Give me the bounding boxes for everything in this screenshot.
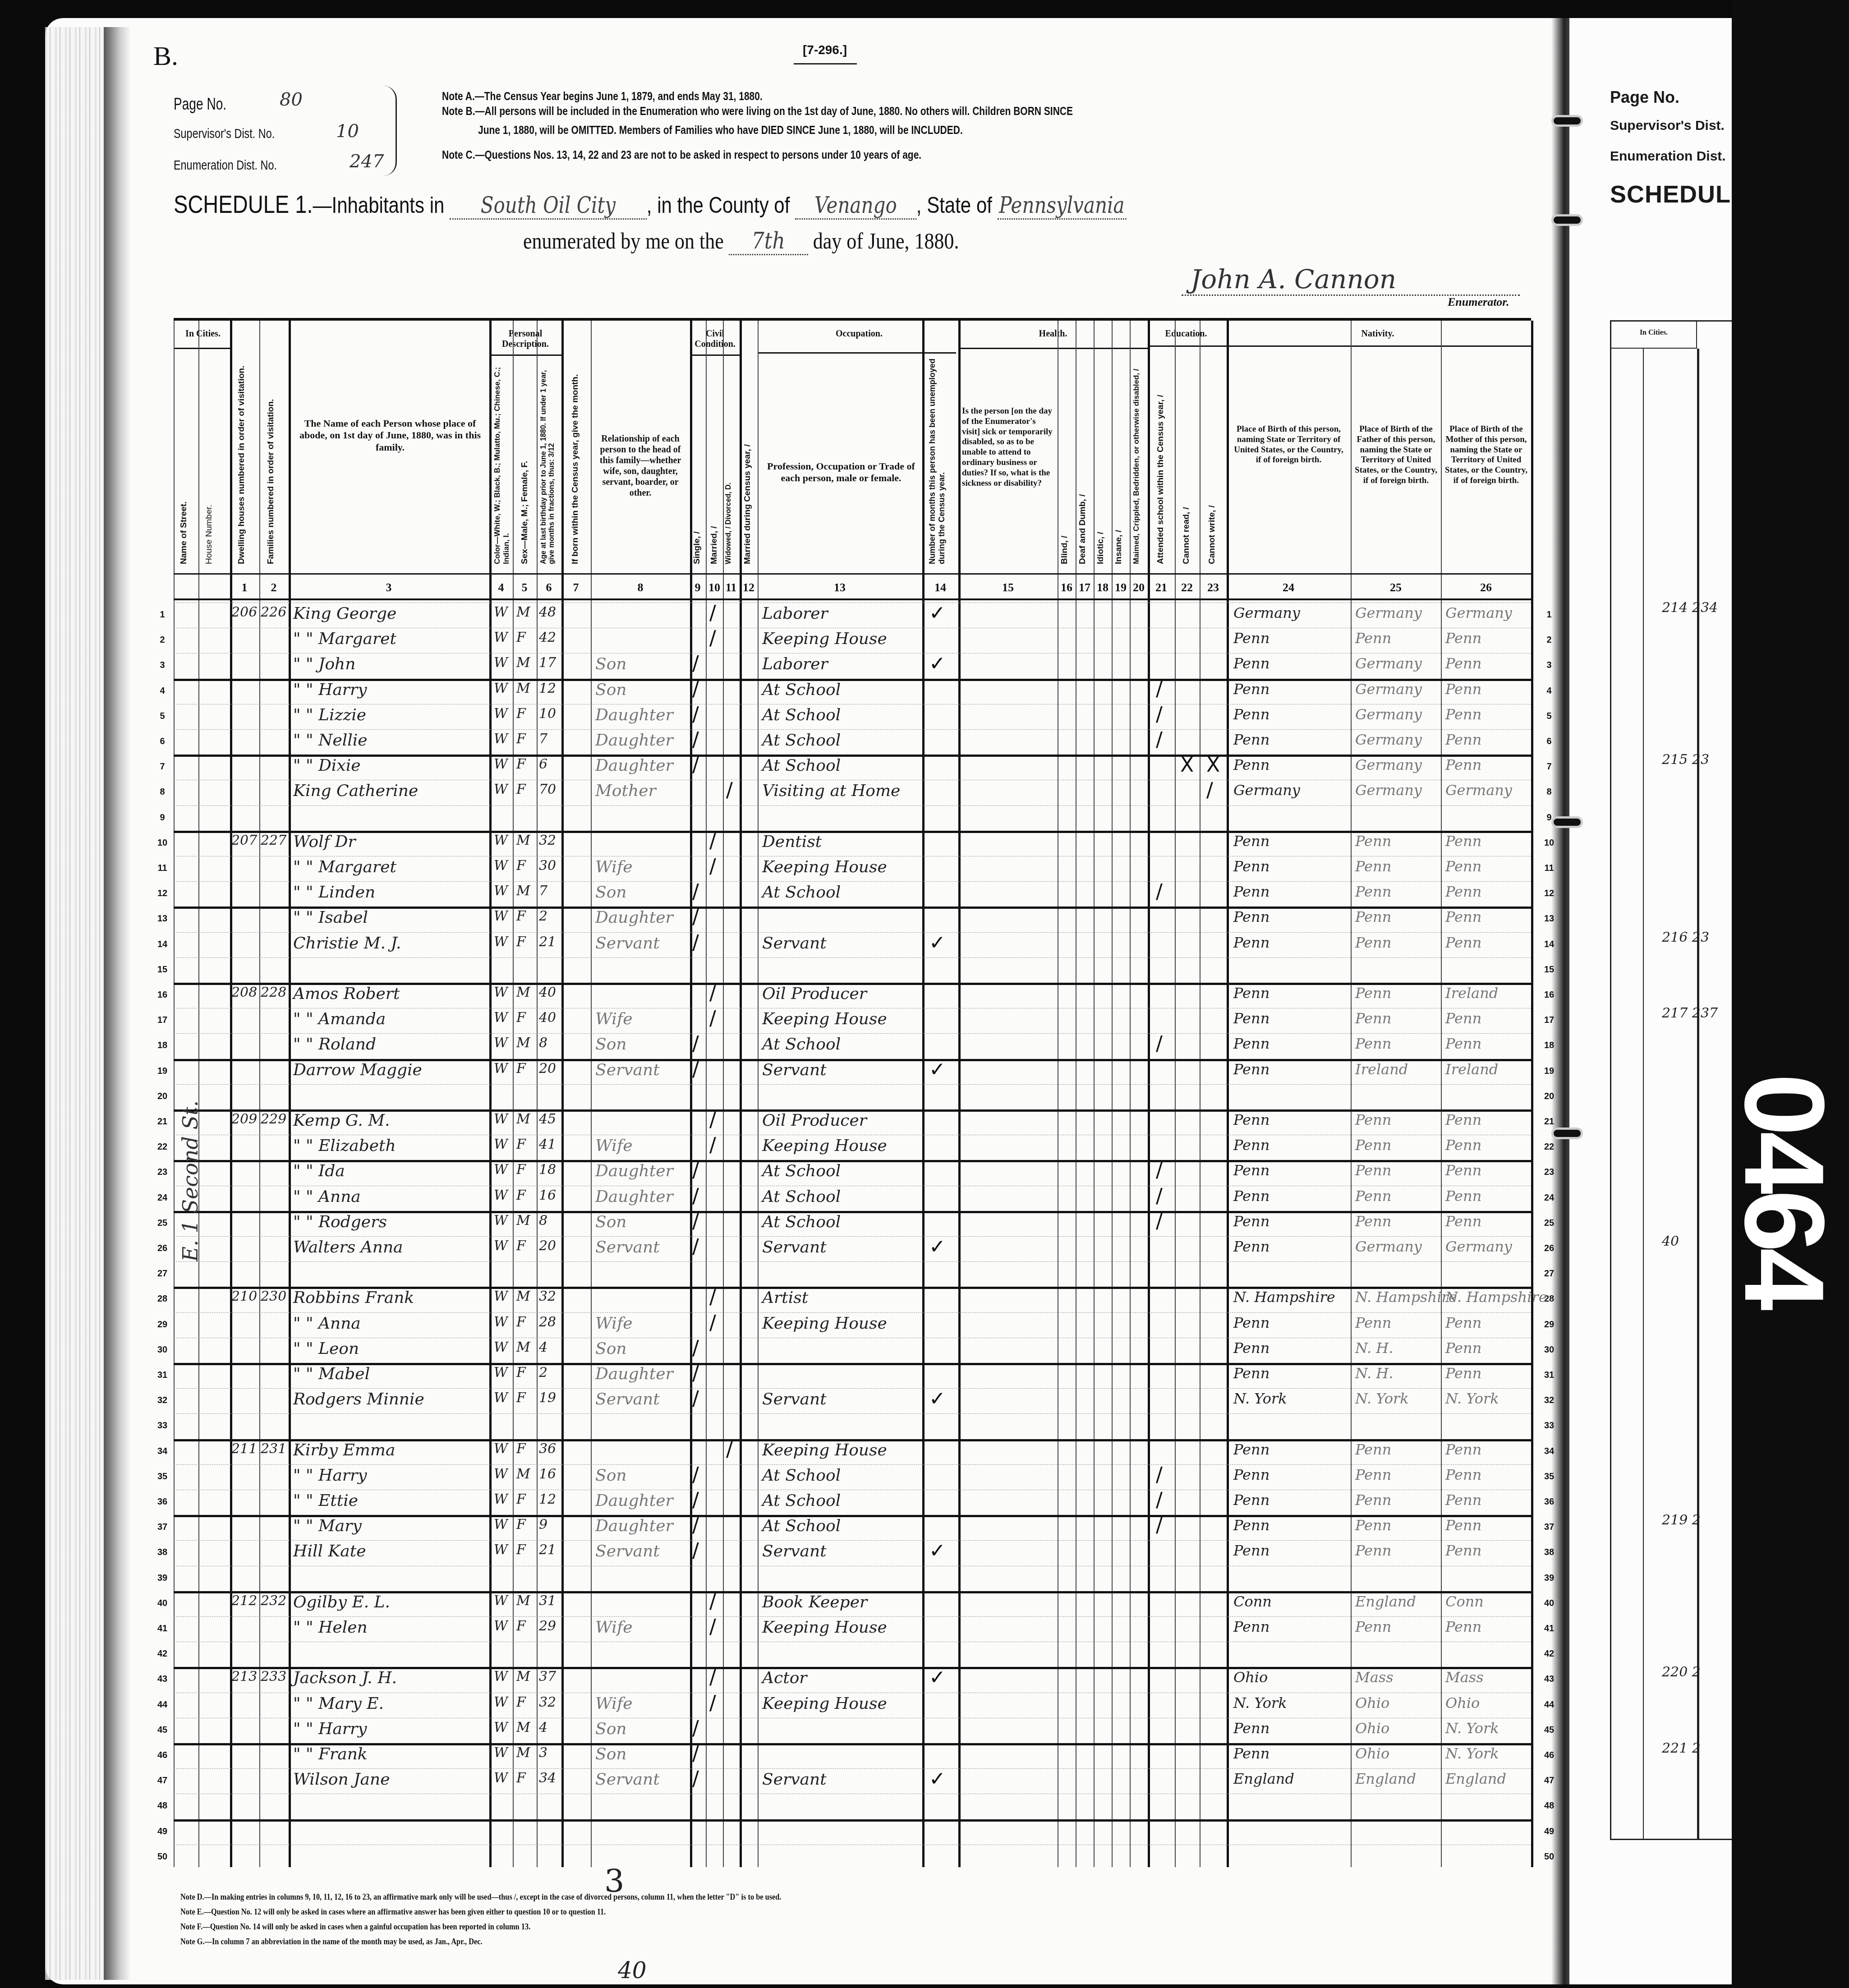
cell-sex: M [516,1720,530,1735]
line-number: 7 [1540,762,1558,772]
cell-name: Walters Anna [293,1238,403,1256]
cell-relation: Wife [595,1618,633,1637]
column-number: 1 [233,581,256,594]
table-row: 4747Wilson JaneWF34ServantServantEngland… [174,1768,1531,1794]
cell-mother: Penn [1445,934,1481,951]
tally-mark-icon: / [692,1742,699,1765]
cell-name: Hill Kate [293,1542,366,1560]
note-e: Note E.—Question No. 12 will only be ask… [180,1905,781,1919]
note-b-continued: June 1, 1880, will be OMITTED. Members o… [478,124,963,137]
header-street: Name of Street. [179,411,189,564]
cell-birth: Penn [1233,1441,1269,1458]
cell-mother: Penn [1445,681,1481,698]
line-number: 34 [1540,1446,1558,1457]
line-number: 46 [153,1750,171,1761]
cell-sex: F [516,1491,526,1507]
header-sickness: Is the person [on the day of the Enumera… [962,406,1054,488]
cell-name: " " Elizabeth [293,1137,396,1155]
line-number: 20 [1540,1091,1558,1102]
adjacent-enumeration-label: Enumeration Dist. [1610,149,1726,164]
tally-mark-icon: / [692,1489,699,1512]
cell-color: W [494,630,508,645]
line-number: 33 [153,1421,171,1431]
cell-age: 31 [539,1593,556,1609]
table-row: 4848 [174,1794,1531,1819]
table-row: 5050 [174,1845,1531,1870]
cell-sex: M [516,1339,530,1355]
cell-relation: Wife [595,1314,633,1333]
cell-age: 16 [539,1466,556,1482]
enumerated-prefix: enumerated by me on the [523,228,724,253]
line-number: 16 [153,990,171,1000]
line-number: 2 [153,635,171,645]
tally-mark-icon: / [709,1312,716,1335]
line-number: 26 [153,1243,171,1254]
line-number: 45 [153,1725,171,1735]
cell-occupation: Laborer [762,604,828,623]
checkmark-icon: ✓ [929,602,946,625]
tally-mark-icon: / [709,830,716,853]
column-number: 5 [513,581,536,594]
tally-mark-icon: / [1156,1514,1163,1537]
cell-family: 231 [261,1441,286,1457]
column-number: 4 [490,581,512,594]
cell-birth: Penn [1233,833,1269,850]
table-row: 44" " HarryWM12SonAt SchoolPennGermanyPe… [174,679,1531,704]
cell-name: " " Linden [293,883,375,902]
meta-brace [383,86,397,176]
checkmark-icon: ✓ [929,1387,946,1410]
line-number: 29 [153,1320,171,1330]
table-row: 55" " LizzieWF10DaughterAt SchoolPennGer… [174,704,1531,729]
tally-mark-icon: / [1156,703,1163,726]
cell-sex: M [516,1035,530,1051]
group-health: Health. [958,329,1148,339]
cell-mother: Penn [1445,908,1481,925]
schedule-prefix: —Inhabitants in [313,193,444,218]
line-number: 49 [1540,1827,1558,1837]
tally-mark-icon: / [709,627,716,650]
cell-birth: Penn [1233,858,1269,875]
cell-age: 8 [539,1213,547,1229]
cell-father: Germany [1355,681,1422,698]
cell-name: " " Anna [293,1187,361,1206]
header-married: Married, / [709,492,719,564]
group-civil: Civil Condition. [691,329,739,350]
line-number: 39 [153,1573,171,1583]
cell-sex: F [516,782,526,797]
cell-color: W [494,1441,508,1457]
cell-age: 4 [539,1720,547,1735]
table-row: 3535" " HarryWM16SonAt SchoolPennPennPen… [174,1464,1531,1490]
cell-father: N. H. [1355,1339,1393,1357]
cell-dwelling: 210 [231,1289,257,1304]
cell-birth: Penn [1233,1745,1269,1762]
line-number: 22 [153,1142,171,1152]
state-field: Pennsylvania [998,192,1127,220]
table-row: 4444" " Mary E.WF32WifeKeeping HouseN. Y… [174,1693,1531,1718]
cell-mother: Penn [1445,1618,1481,1635]
header-dwelling: Dwelling houses numbered in order of vis… [237,357,247,564]
line-number: 35 [1540,1472,1558,1482]
tally-mark-icon: / [709,1109,716,1132]
cell-color: W [494,908,508,924]
header-mother-birthplace: Place of Birth of the Mother of this per… [1444,424,1528,486]
cell-occupation: Servant [762,1542,827,1560]
cell-birth: Penn [1233,1137,1269,1154]
adjacent-dwelling-number: 220 2 [1662,1664,1701,1680]
cell-sex: F [516,1365,526,1381]
cell-family: 227 [261,833,286,848]
cell-birth: Penn [1233,630,1269,647]
cell-mother: Penn [1445,1517,1481,1534]
footnotes: Note D.—In making entries in columns 9, … [180,1890,781,1949]
cell-father: Penn [1355,934,1391,951]
cell-color: W [494,1111,508,1127]
cell-occupation: Visiting at Home [762,782,900,800]
line-number: 43 [153,1674,171,1684]
cell-color: W [494,1187,508,1203]
header-color: Color—White, W.; Black, B.; Mulatto, Mu.… [493,357,511,564]
cell-mother: Penn [1445,1137,1481,1154]
header-insane: Insane, / [1114,492,1124,564]
tally-mark-icon: / [692,703,699,726]
cell-name: " " Margaret [293,858,396,876]
cell-birth: Penn [1233,934,1269,951]
cell-relation: Daughter [595,1187,673,1206]
line-number: 21 [1540,1117,1558,1127]
tally-mark-icon: / [709,1666,716,1689]
cell-mother: Penn [1445,1365,1481,1382]
tally-mark-icon: / [692,1514,699,1537]
cell-mother: Mass [1445,1669,1484,1686]
tally-mark-icon: / [1156,1210,1163,1233]
cell-birth: Penn [1233,1187,1269,1205]
cell-color: W [494,706,508,722]
table-row: 1313" " IsabelWF2DaughterPennPennPenn/ [174,907,1531,932]
line-number: 45 [1540,1725,1558,1735]
cell-father: Germany [1355,706,1422,723]
cell-color: W [494,1162,508,1178]
cell-age: 2 [539,908,547,924]
cell-father: Ireland [1355,1061,1408,1078]
cell-mother: Penn [1445,833,1481,850]
table-row: 1111" " MargaretWF30WifeKeeping HousePen… [174,856,1531,881]
table-row: 2828210230Robbins FrankWM32ArtistN. Hamp… [174,1287,1531,1312]
table-row: 1010207227Wolf DrWM32DentistPennPennPenn… [174,831,1531,856]
header-age: Age at last birthday prior to June 1, 18… [540,357,560,564]
table-row: 2222" " ElizabethWF41WifeKeeping HousePe… [174,1135,1531,1160]
cell-father: Penn [1355,1314,1391,1331]
page-no-label: Page No. [174,95,226,114]
cell-dwelling: 207 [231,833,257,848]
cell-age: 7 [539,731,547,747]
cell-age: 70 [539,782,556,797]
cell-father: England [1355,1770,1416,1787]
line-number: 48 [153,1801,171,1811]
line-number: 18 [1540,1040,1558,1051]
table-row: 2020 [174,1084,1531,1109]
cell-name: " " Frank [293,1745,368,1763]
cell-birth: Penn [1233,1466,1269,1483]
cell-age: 9 [539,1517,547,1532]
checkmark-icon: ✓ [929,1235,946,1258]
line-number: 50 [153,1852,171,1862]
line-number: 2 [1540,635,1558,645]
cell-age: 12 [539,1491,556,1507]
cell-age: 36 [539,1441,556,1457]
line-number: 17 [153,1015,171,1026]
cell-mother: Penn [1445,1339,1481,1357]
line-number: 8 [153,787,171,797]
header-unemployed: Number of months this person has been un… [928,357,955,564]
line-number: 40 [153,1598,171,1609]
tally-mark-icon: / [692,1235,699,1258]
cell-mother: England [1445,1770,1506,1787]
cell-age: 37 [539,1669,556,1684]
county-label: , in the County of [647,193,790,218]
cell-sex: M [516,1289,530,1304]
cell-sex: F [516,908,526,924]
cell-name: King George [293,604,396,623]
cell-sex: M [516,681,530,696]
cell-name: " " Mary E. [293,1694,384,1713]
cell-name: " " Leon [293,1339,359,1358]
line-number: 40 [1540,1598,1558,1609]
cell-name: Robbins Frank [293,1289,414,1307]
table-row: 66" " NellieWF7DaughterAt SchoolPennGerm… [174,729,1531,755]
cell-color: W [494,858,508,874]
table-row: 3333 [174,1413,1531,1439]
group-in-cities: In Cities. [176,329,230,339]
cell-color: W [494,681,508,696]
state-label: , State of [916,193,992,218]
cell-relation: Daughter [595,1162,673,1180]
checkmark-icon: ✓ [929,1539,946,1562]
enumeration-dist-label: Enumeration Dist. No. [174,158,277,173]
tally-mark-icon: / [726,779,733,802]
table-row: 2424" " AnnaWF16DaughterAt SchoolPennPen… [174,1186,1531,1211]
adjacent-dwelling-number: 216 23 [1662,930,1709,945]
tally-mark-icon: / [709,1590,716,1613]
table-row: 4242 [174,1642,1531,1667]
street-annotation: E. 1 Second St. [178,1100,202,1261]
cell-sex: F [516,858,526,874]
cell-birth: Penn [1233,883,1269,900]
header-single: Single, / [692,497,702,564]
cell-color: W [494,782,508,797]
line-number: 35 [153,1472,171,1482]
cell-occupation: Keeping House [762,1441,887,1459]
cell-mother: Penn [1445,706,1481,723]
line-number: 48 [1540,1801,1558,1811]
header-blind: Blind, / [1060,501,1070,564]
line-number: 30 [1540,1345,1558,1355]
line-number: 22 [1540,1142,1558,1152]
cell-sex: F [516,1542,526,1558]
line-number: 15 [1540,965,1558,975]
column-number: 26 [1475,581,1497,594]
cell-name: " " Mary [293,1517,362,1535]
cell-name: Kirby Emma [293,1441,395,1459]
header-family: Families numbered in order of visitation… [266,357,276,564]
cell-sex: M [516,1745,530,1761]
cell-birth: Penn [1233,1238,1269,1255]
cell-name: Darrow Maggie [293,1061,422,1079]
line-number: 36 [1540,1497,1558,1507]
table-row: 4545" " HarryWM4SonPennOhioN. York/ [174,1718,1531,1743]
line-number: 38 [1540,1547,1558,1558]
cell-age: 32 [539,1694,556,1710]
cell-father: Penn [1355,1137,1391,1154]
line-number: 28 [153,1294,171,1304]
enumerator-label: Enumerator. [1448,295,1509,309]
line-number: 3 [153,660,171,671]
cell-birth: Penn [1233,1162,1269,1179]
line-number: 5 [153,711,171,722]
cell-age: 30 [539,858,556,874]
cell-occupation: At School [762,756,841,775]
line-number: 21 [153,1117,171,1127]
cell-occupation: Keeping House [762,630,887,648]
cell-sex: F [516,934,526,950]
line-number: 31 [153,1370,171,1381]
line-number: 11 [153,863,171,874]
cell-color: W [494,1365,508,1381]
frame-number-stamp: 0464 [1714,1073,1849,1306]
tally-mark-icon: / [709,1615,716,1638]
cell-sex: M [516,1466,530,1482]
line-number: 41 [1540,1624,1558,1634]
column-number: 14 [929,581,952,594]
cell-birth: Penn [1233,985,1269,1002]
cell-relation: Son [595,883,627,902]
column-number: 7 [565,581,587,594]
cell-color: W [494,1720,508,1735]
binder-ring-icon [1551,1127,1583,1139]
cell-occupation: At School [762,681,841,699]
adjacent-dwelling-number: 217 237 [1662,1005,1718,1021]
cell-mother: Germany [1445,782,1512,799]
tally-mark-icon: / [692,1210,699,1233]
table-row: 2525" " RodgersWM8SonAt SchoolPennPennPe… [174,1211,1531,1236]
note-d: Note D.—In making entries in columns 9, … [180,1890,781,1905]
cell-occupation: At School [762,1517,841,1535]
cell-family: 226 [261,604,286,620]
note-g: Note G.—In column 7 an abbreviation in t… [180,1934,781,1949]
line-number: 27 [1540,1269,1558,1279]
cell-name: King Catherine [293,782,418,800]
table-row: 4646" " FrankWM3SonPennOhioN. York/ [174,1743,1531,1768]
tally-mark-icon: / [692,1539,699,1562]
line-number: 10 [153,838,171,848]
table-row: 3030" " LeonWM4SonPennN. H.Penn/ [174,1338,1531,1363]
cell-name: Jackson J. H. [293,1669,397,1687]
line-number: 13 [1540,914,1558,924]
cell-color: W [494,833,508,848]
header-cannot-write: Cannot write, / [1207,465,1217,564]
cell-occupation: At School [762,1187,841,1206]
checkmark-icon: ✓ [929,931,946,954]
line-number: 27 [153,1269,171,1279]
table-row: 2727 [174,1261,1531,1287]
header-sex: Sex—Male, M.; Female, F. [520,357,530,564]
cell-mother: Penn [1445,1162,1481,1179]
cell-family: 232 [261,1593,286,1609]
cell-birth: Penn [1233,681,1269,698]
line-number: 17 [1540,1015,1558,1026]
cell-sex: F [516,1441,526,1457]
line-number: 3 [1540,660,1558,671]
cell-occupation: At School [762,1466,841,1485]
cell-name: " " Mabel [293,1365,370,1383]
cell-birth: England [1233,1770,1294,1787]
cell-relation: Servant [595,1061,660,1079]
cell-birth: Penn [1233,908,1269,925]
tally-mark-icon: / [692,754,699,777]
tally-mark-icon: / [692,1337,699,1360]
table-row: 1919Darrow MaggieWF20ServantServantPennI… [174,1059,1531,1084]
cell-birth: Penn [1233,1618,1269,1635]
cell-father: Penn [1355,1441,1391,1458]
table-row: 3737" " MaryWF9DaughterAt SchoolPennPenn… [174,1515,1531,1540]
corner-mark: B. [153,41,178,72]
cell-age: 41 [539,1137,556,1152]
cell-occupation: Keeping House [762,858,887,876]
cell-name: Christie M. J. [293,934,401,953]
cell-sex: F [516,1618,526,1634]
line-number: 4 [1540,686,1558,696]
tally-mark-icon: / [1156,728,1163,751]
table-row: 2323" " IdaWF18DaughterAt SchoolPennPenn… [174,1160,1531,1185]
cell-color: W [494,1061,508,1077]
cell-father: Germany [1355,655,1422,672]
cell-age: 32 [539,833,556,848]
cell-name: Kemp G. M. [293,1111,390,1130]
cell-relation: Wife [595,1694,633,1713]
adjacent-dwelling-number: 221 2 [1662,1740,1701,1756]
cell-relation: Wife [595,1010,633,1028]
cell-sex: M [516,883,530,899]
table-row: 4343213233Jackson J. H.WM37ActorOhioMass… [174,1667,1531,1692]
cell-name: " " Anna [293,1314,361,1333]
cell-mother: Germany [1445,604,1512,621]
tally-mark-icon: / [692,1717,699,1740]
line-number: 12 [153,888,171,899]
line-number: 33 [1540,1421,1558,1431]
table-row: 99 [174,805,1531,831]
cell-name: " " Nellie [293,731,368,750]
cell-sex: F [516,1162,526,1178]
cell-age: 3 [539,1745,547,1761]
line-number: 7 [153,762,171,772]
county-field: Venango [795,192,916,220]
cell-sex: F [516,1061,526,1077]
tally-mark-icon: / [709,1692,716,1715]
cell-relation: Daughter [595,731,673,750]
tally-mark-icon: / [1156,1463,1163,1486]
header-relationship: Relationship of each person to the head … [593,433,688,498]
cell-occupation: Servant [762,1390,827,1408]
cell-family: 228 [261,985,286,1000]
cell-father: Ohio [1355,1720,1389,1737]
cell-name: " " Margaret [293,630,396,648]
cell-sex: M [516,604,530,620]
tally-mark-icon: / [1156,678,1163,701]
cell-color: W [494,1466,508,1482]
header-married-census-year: Married during Census year, / [743,433,753,564]
header-maimed: Maimed, Crippled, Bedridden, or otherwis… [1132,357,1141,564]
